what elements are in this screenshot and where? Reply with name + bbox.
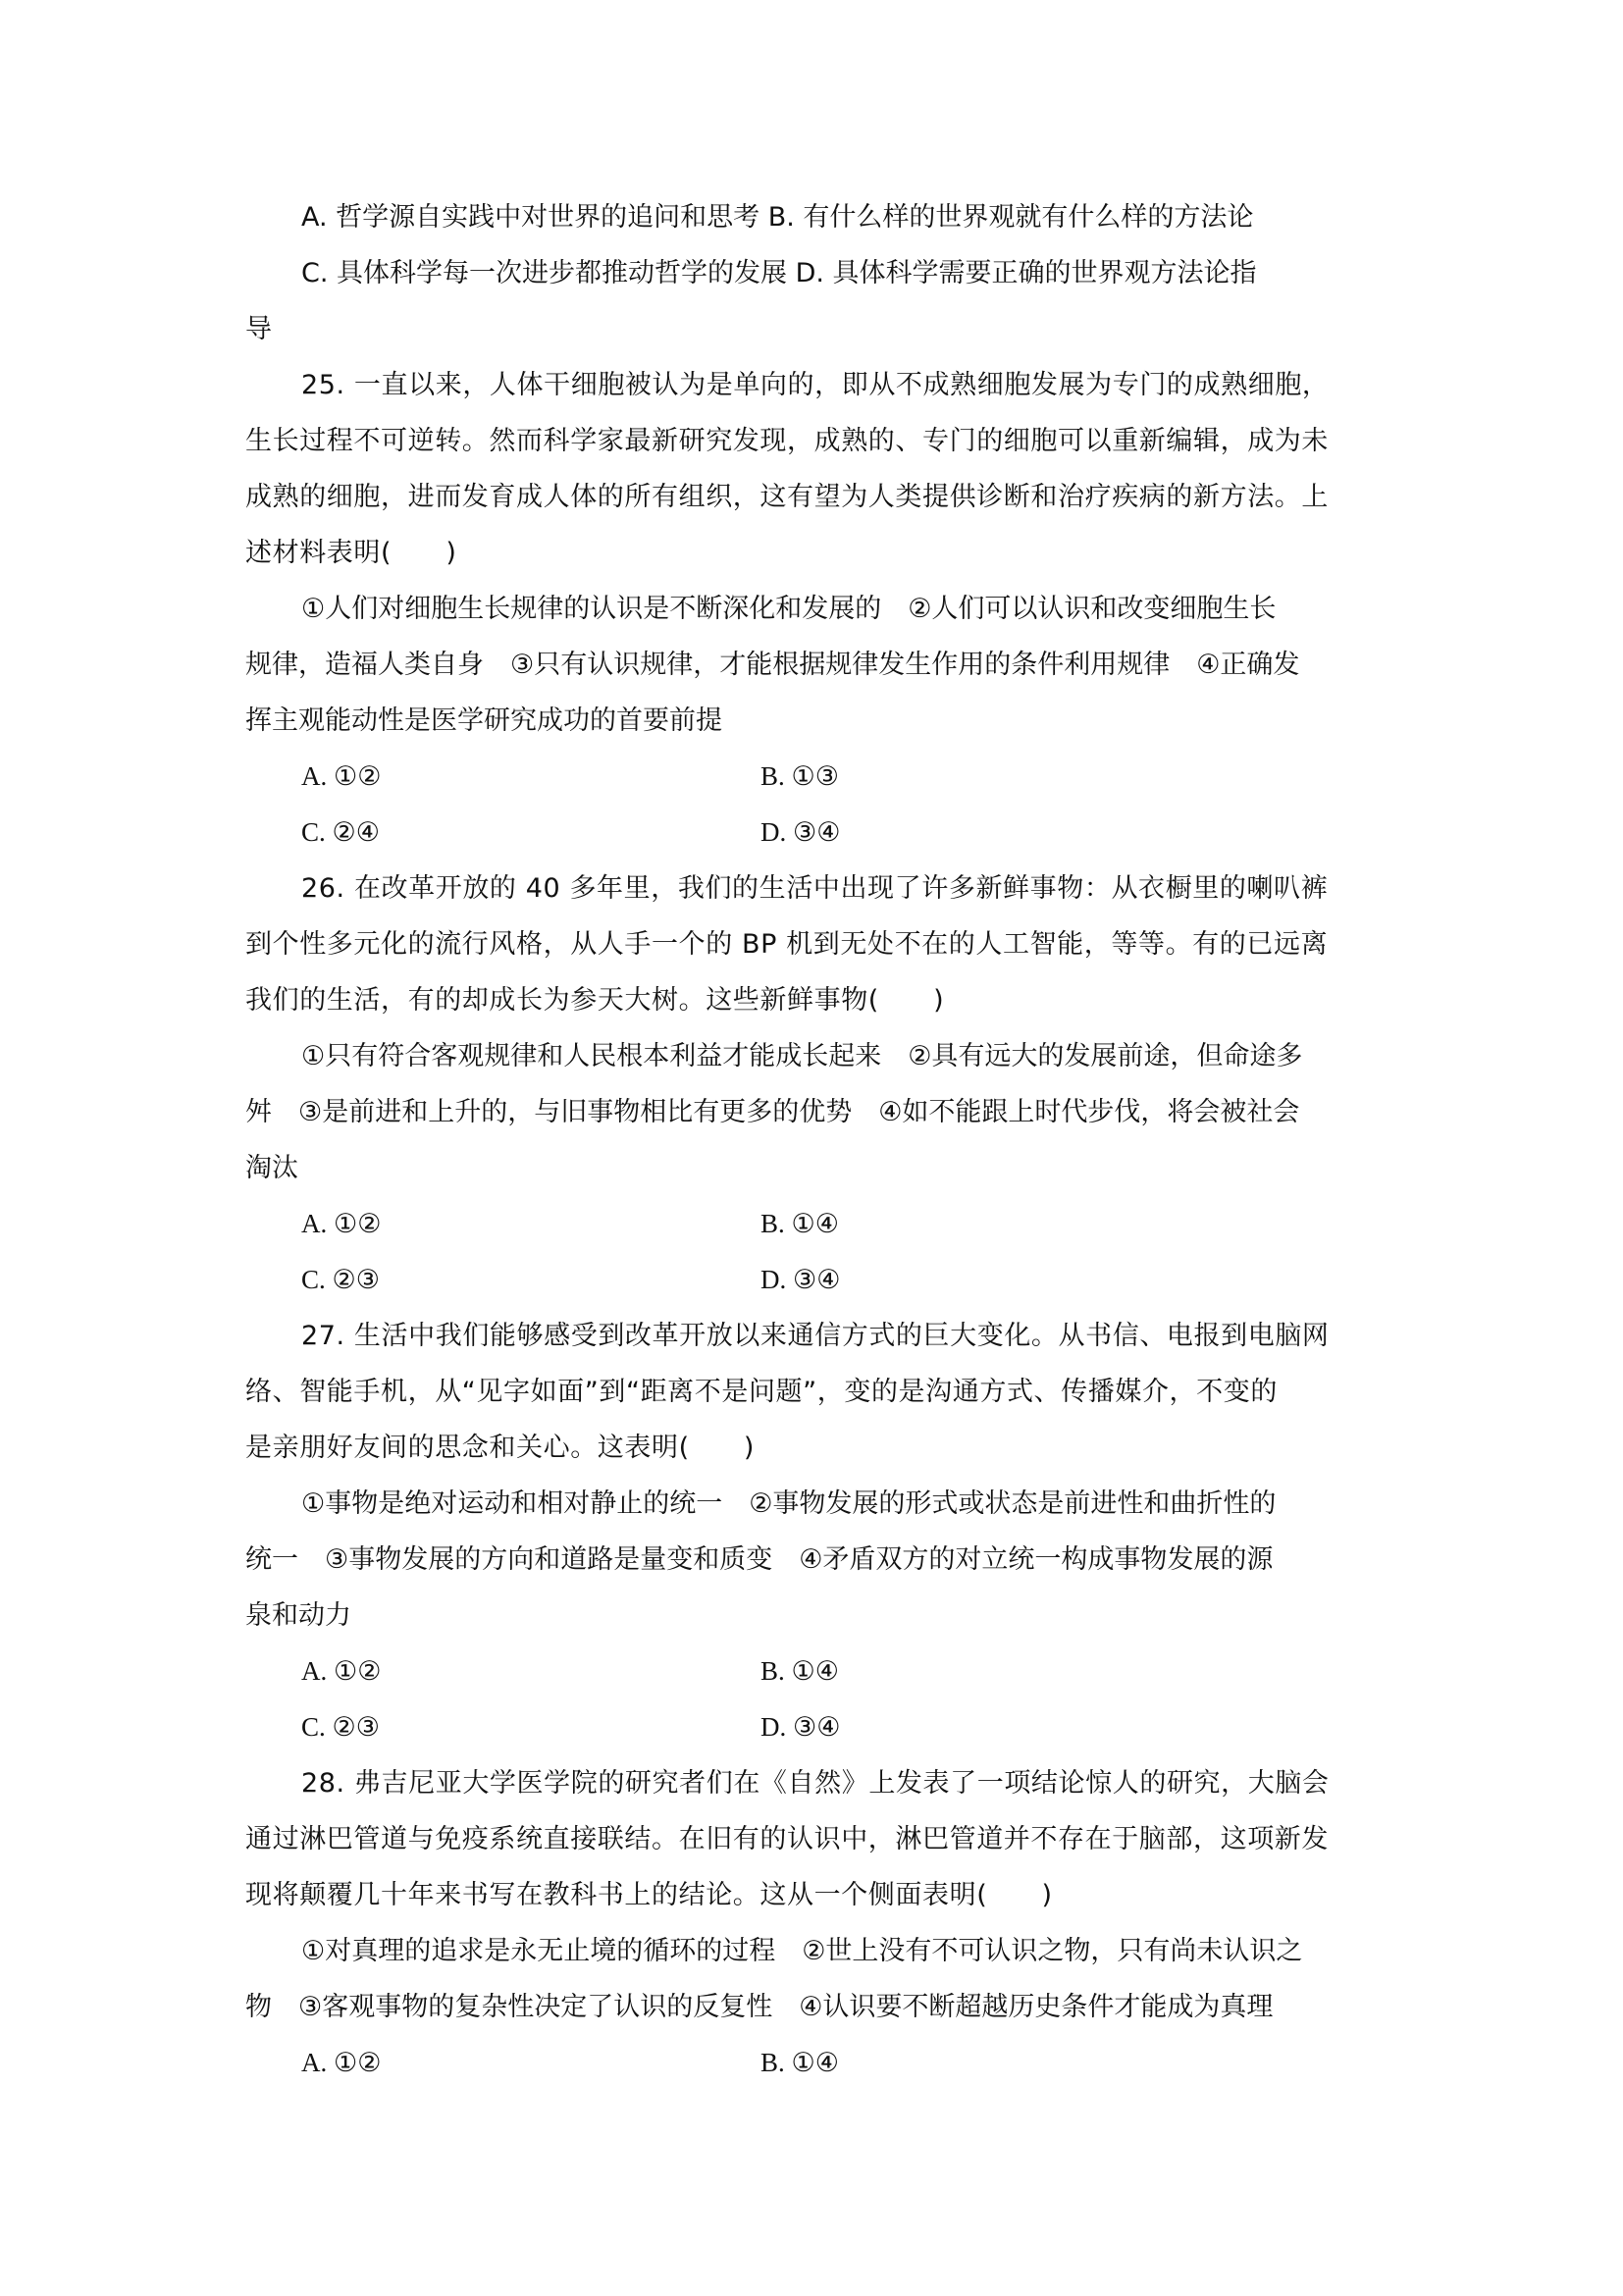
q28-statement-line: 物 ③客观事物的复杂性决定了认识的反复性 ④认识要不断超越历史条件才能成为真理 (245, 1979, 1384, 2035)
q25-options-row: C. ②④ D. ③④ (245, 805, 1384, 861)
q26-option-b: B. ①④ (760, 1196, 839, 1252)
q25-option-c: C. ②④ (301, 817, 380, 847)
q26-option-d: D. ③④ (760, 1252, 840, 1308)
q27-options-row: C. ②③ D. ③④ (245, 1699, 1384, 1755)
q27-option-a: A. ①② (301, 1656, 381, 1686)
q27-stem-line: 是亲朋好友间的思念和关心。这表明( ) (245, 1420, 1384, 1476)
q26-options-row: C. ②③ D. ③④ (245, 1252, 1384, 1308)
q26-statement-line: 淘汰 (245, 1140, 1384, 1196)
q28-statement-line: ①对真理的追求是永无止境的循环的过程 ②世上没有不可认识之物，只有尚未认识之 (245, 1923, 1384, 1979)
q25-options-row: A. ①② B. ①③ (245, 749, 1384, 805)
q27-option-b: B. ①④ (760, 1644, 839, 1699)
q28-option-a: A. ①② (301, 2048, 381, 2077)
q25-option-a: A. ①② (301, 761, 381, 791)
q27-option-c: C. ②③ (301, 1712, 380, 1742)
q25-statement-line: 挥主观能动性是医学研究成功的首要前提 (245, 693, 1384, 749)
q27-statement-line: 泉和动力 (245, 1588, 1384, 1644)
q25-stem-line: 25. 一直以来，人体干细胞被认为是单向的，即从不成熟细胞发展为专门的成熟细胞， (245, 357, 1384, 413)
q26-statement-line: ①只有符合客观规律和人民根本利益才能成长起来 ②具有远大的发展前途，但命途多 (245, 1028, 1384, 1084)
q26-stem-line: 我们的生活，有的却成长为参天大树。这些新鲜事物( ) (245, 972, 1384, 1028)
q26-stem-line: 到个性多元化的流行风格，从人手一个的 BP 机到无处不在的人工智能，等等。有的已… (245, 916, 1384, 972)
q26-option-c: C. ②③ (301, 1265, 380, 1294)
q27-stem-line: 络、智能手机，从“见字如面”到“距离不是问题”，变的是沟通方式、传播媒介，不变的 (245, 1364, 1384, 1420)
document-page: A. 哲学源自实践中对世界的追问和思考 B. 有什么样的世界观就有什么样的方法论… (245, 189, 1384, 2091)
question-27: 27. 生活中我们能够感受到改革开放以来通信方式的巨大变化。从书信、电报到电脑网… (245, 1308, 1384, 1755)
q26-options-row: A. ①② B. ①④ (245, 1196, 1384, 1252)
q27-stem-line: 27. 生活中我们能够感受到改革开放以来通信方式的巨大变化。从书信、电报到电脑网 (245, 1308, 1384, 1364)
q25-stem-line: 生长过程不可逆转。然而科学家最新研究发现，成熟的、专门的细胞可以重新编辑，成为未 (245, 413, 1384, 469)
q27-statement-line: ①事物是绝对运动和相对静止的统一 ②事物发展的形式或状态是前进性和曲折性的 (245, 1476, 1384, 1532)
q27-options-row: A. ①② B. ①④ (245, 1644, 1384, 1699)
question-26: 26. 在改革开放的 40 多年里，我们的生活中出现了许多新鲜事物：从衣橱里的喇… (245, 861, 1384, 1308)
q25-option-d: D. ③④ (760, 805, 840, 861)
q25-option-b: B. ①③ (760, 749, 839, 805)
q24-options-line-3: 导 (245, 301, 1384, 357)
q25-statement-line: 规律，造福人类自身 ③只有认识规律，才能根据规律发生作用的条件利用规律 ④正确发 (245, 637, 1384, 693)
q26-stem-line: 26. 在改革开放的 40 多年里，我们的生活中出现了许多新鲜事物：从衣橱里的喇… (245, 861, 1384, 916)
q25-statement-line: ①人们对细胞生长规律的认识是不断深化和发展的 ②人们可以认识和改变细胞生长 (245, 581, 1384, 637)
q25-stem-line: 成熟的细胞，进而发育成人体的所有组织，这有望为人类提供诊断和治疗疾病的新方法。上 (245, 469, 1384, 525)
q28-stem-line: 28. 弗吉尼亚大学医学院的研究者们在《自然》上发表了一项结论惊人的研究，大脑会 (245, 1755, 1384, 1811)
question-28: 28. 弗吉尼亚大学医学院的研究者们在《自然》上发表了一项结论惊人的研究，大脑会… (245, 1755, 1384, 2091)
q25-stem-line: 述材料表明( ) (245, 525, 1384, 581)
q28-stem-line: 现将颠覆几十年来书写在教科书上的结论。这从一个侧面表明( ) (245, 1867, 1384, 1923)
question-25: 25. 一直以来，人体干细胞被认为是单向的，即从不成熟细胞发展为专门的成熟细胞，… (245, 357, 1384, 861)
q27-option-d: D. ③④ (760, 1699, 840, 1755)
q28-option-b: B. ①④ (760, 2035, 839, 2091)
q24-options-line-1: A. 哲学源自实践中对世界的追问和思考 B. 有什么样的世界观就有什么样的方法论 (245, 189, 1384, 245)
q26-option-a: A. ①② (301, 1209, 381, 1238)
q24-options-line-2: C. 具体科学每一次进步都推动哲学的发展 D. 具体科学需要正确的世界观方法论指 (245, 245, 1384, 301)
q26-statement-line: 舛 ③是前进和上升的，与旧事物相比有更多的优势 ④如不能跟上时代步伐，将会被社会 (245, 1084, 1384, 1140)
q28-options-row: A. ①② B. ①④ (245, 2035, 1384, 2091)
q28-stem-line: 通过淋巴管道与免疫系统直接联结。在旧有的认识中，淋巴管道并不存在于脑部，这项新发 (245, 1811, 1384, 1867)
q27-statement-line: 统一 ③事物发展的方向和道路是量变和质变 ④矛盾双方的对立统一构成事物发展的源 (245, 1532, 1384, 1588)
